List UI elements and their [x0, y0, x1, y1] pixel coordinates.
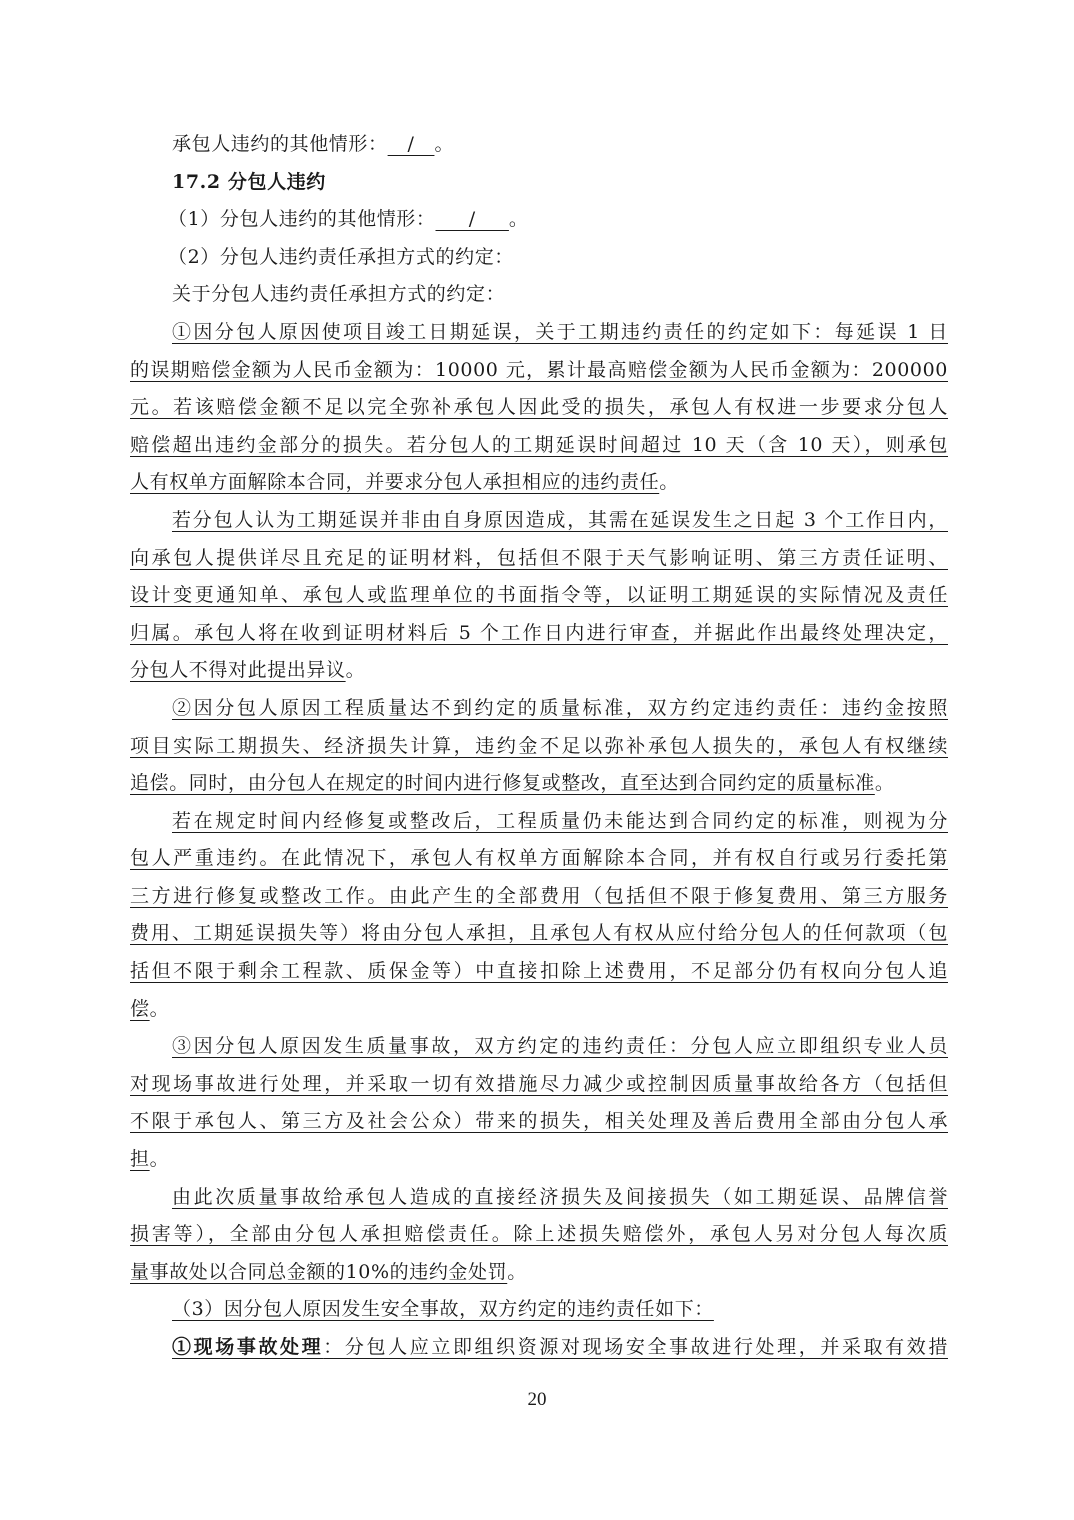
page-number: 20: [0, 1389, 1074, 1411]
paragraph-quality-accident: ③因分包人原因发生质量事故，双方约定的违约责任：分包人应立即组织专业人员 对现场…: [130, 1028, 948, 1178]
blank-field: /: [388, 126, 435, 164]
paragraph-delay-dispute: 若分包人认为工期延误并非由自身原因造成，其需在延误发生之日起 3 个工作日内， …: [130, 502, 948, 690]
paragraph-quality-failure: 若在规定时间内经修复或整改后，工程质量仍未能达到合同约定的标准，则视为分 包人严…: [130, 803, 948, 1029]
paragraph-quality-standard: ②因分包人原因工程质量达不到约定的质量标准，双方约定违约责任：违约金按照 项目实…: [130, 690, 948, 803]
bold-label: ①现场事故处理: [172, 1336, 323, 1358]
section-heading-17-2: 17.2 分包人违约: [130, 164, 948, 202]
item-2-heading: （2）分包人违约责任承担方式的约定：: [130, 239, 948, 277]
item-3-heading: （3）因分包人原因发生安全事故，双方约定的违约责任如下：: [130, 1291, 948, 1329]
blank-field: /: [436, 201, 509, 239]
site-accident-handling: ①现场事故处理：分包人应立即组织资源对现场安全事故进行处理，并采取有效措: [130, 1329, 948, 1367]
paragraph-delay-liability: ①因分包人原因使项目竣工日期延误，关于工期违约责任的约定如下：每延误 1 日 的…: [130, 314, 948, 502]
paragraph-accident-compensation: 由此次质量事故给承包人造成的直接经济损失及间接损失（如工期延误、品牌信誉 损害等…: [130, 1179, 948, 1292]
agreement-intro: 关于分包人违约责任承担方式的约定：: [130, 276, 948, 314]
document-page: 承包人违约的其他情形： / 。 17.2 分包人违约 （1）分包人违约的其他情形…: [130, 126, 948, 1367]
item-1-subcontractor-other: （1）分包人违约的其他情形： / 。: [130, 201, 948, 239]
contractor-breach-other: 承包人违约的其他情形： / 。: [130, 126, 948, 164]
